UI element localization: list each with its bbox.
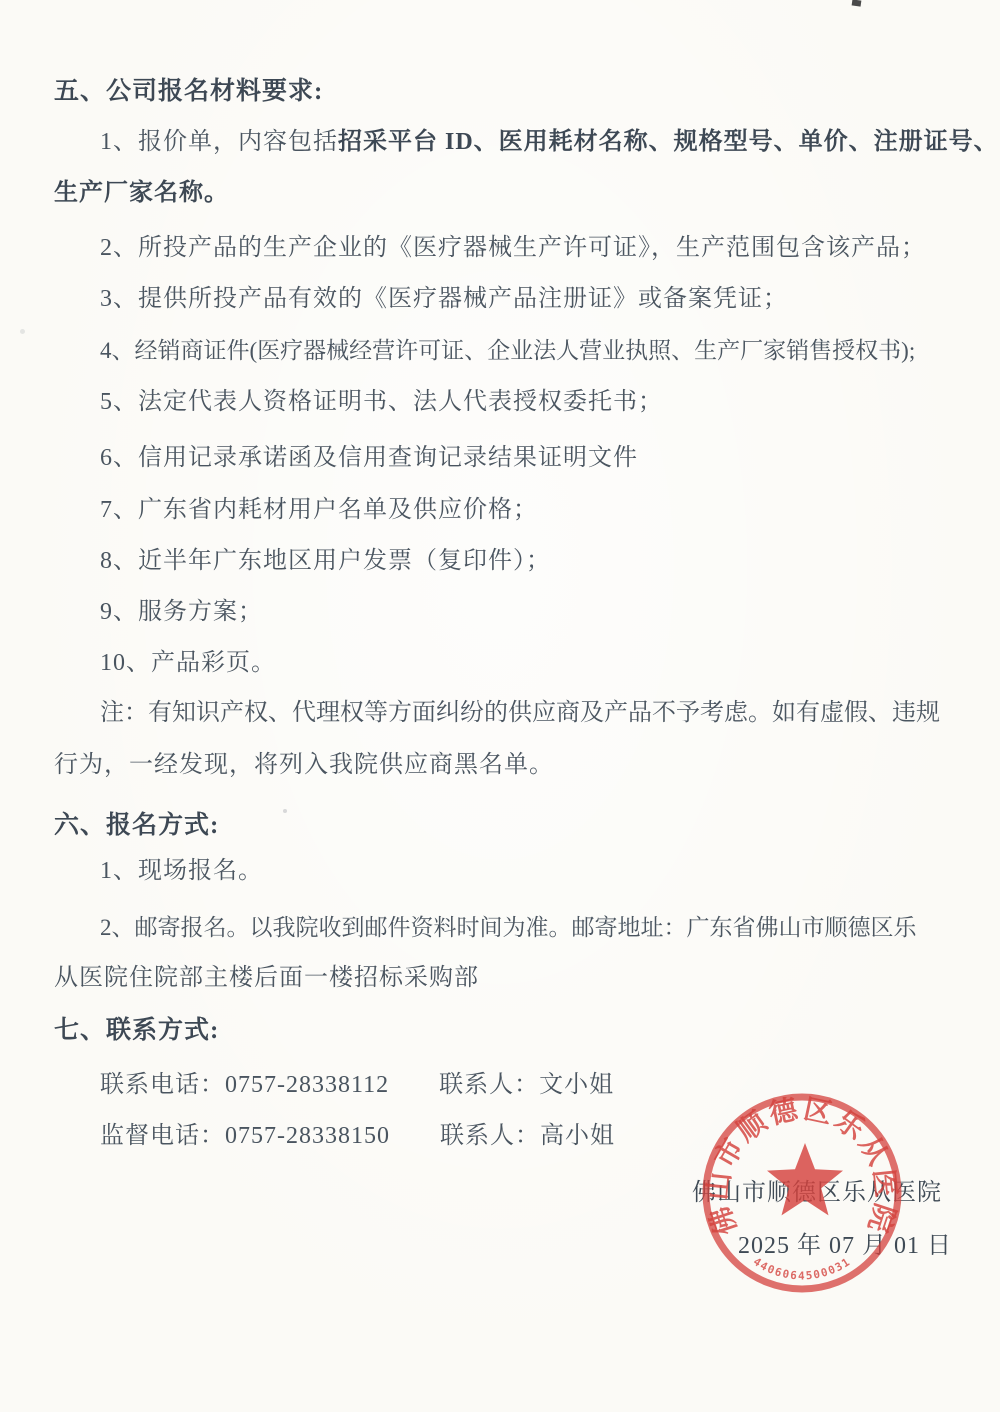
item1-normal-text: 1、报价单，内容包括	[100, 129, 338, 155]
svg-text:佛山市顺德区乐从医院: 佛山市顺德区乐从医院	[703, 1093, 902, 1239]
section7-heading: 七、联系方式:	[54, 1016, 219, 1046]
supervise-phone-line: 监督电话：0757-28338150 联系人：高小姐	[100, 1121, 615, 1151]
section5-item6: 6、信用记录承诺函及信用查询记录结果证明文件	[100, 443, 638, 473]
section5-item7: 7、广东省内耗材用户名单及供应价格；	[100, 495, 538, 525]
section6-heading: 六、报名方式:	[54, 811, 219, 841]
scan-speck	[20, 329, 25, 334]
section5-item1: 1、报价单，内容包括招采平台 ID、医用耗材名称、规格型号、单价、注册证号、	[100, 127, 999, 157]
section5-item9: 9、服务方案；	[100, 597, 263, 627]
section5-note-line2: 行为，一经发现，将列入我院供应商黑名单。	[54, 750, 554, 780]
section5-item5: 5、法定代表人资格证明书、法人代表授权委托书；	[100, 387, 663, 417]
signature-date: 2025 年 07 月 01 日	[738, 1225, 952, 1260]
section5-item2: 2、所投产品的生产企业的《医疗器械生产许可证》，生产范围包含该产品；	[100, 233, 926, 263]
section6-item2-line1: 2、邮寄报名。以我院收到邮件资料时间为准。邮寄地址：广东省佛山市顺德区乐	[100, 913, 917, 943]
seal-ring-text: 佛山市顺德区乐从医院	[703, 1093, 902, 1239]
section5-item4: 4、经销商证件(医疗器械经营许可证、企业法人营业执照、生产厂家销售授权书);	[100, 336, 915, 366]
section6-item1: 1、现场报名。	[100, 856, 263, 886]
scan-speck	[283, 809, 287, 813]
signature-hospital-name: 佛山市顺德区乐从医院	[692, 1172, 942, 1207]
item1-bold-text: 招采平台 ID、医用耗材名称、规格型号、单价、注册证号、	[338, 129, 999, 155]
section5-note-line1: 注：有知识产权、代理权等方面纠纷的供应商及产品不予考虑。如有虚假、违规	[100, 698, 940, 728]
section5-item8: 8、近半年广东地区用户发票（复印件）；	[100, 546, 551, 576]
section5-item1-continuation: 生产厂家名称。	[54, 178, 229, 208]
document-page: 五、公司报名材料要求: 1、报价单，内容包括招采平台 ID、医用耗材名称、规格型…	[0, 0, 1000, 1412]
scan-artifact	[852, 0, 862, 7]
section5-item10: 10、产品彩页。	[100, 648, 276, 678]
contact-phone-line: 联系电话：0757-28338112 联系人：文小姐	[100, 1070, 614, 1100]
section6-item2-line2: 从医院住院部主楼后面一楼招标采购部	[54, 963, 479, 993]
section5-item3: 3、提供所投产品有效的《医疗器械产品注册证》或备案凭证；	[100, 284, 788, 314]
section5-heading: 五、公司报名材料要求:	[54, 77, 323, 107]
